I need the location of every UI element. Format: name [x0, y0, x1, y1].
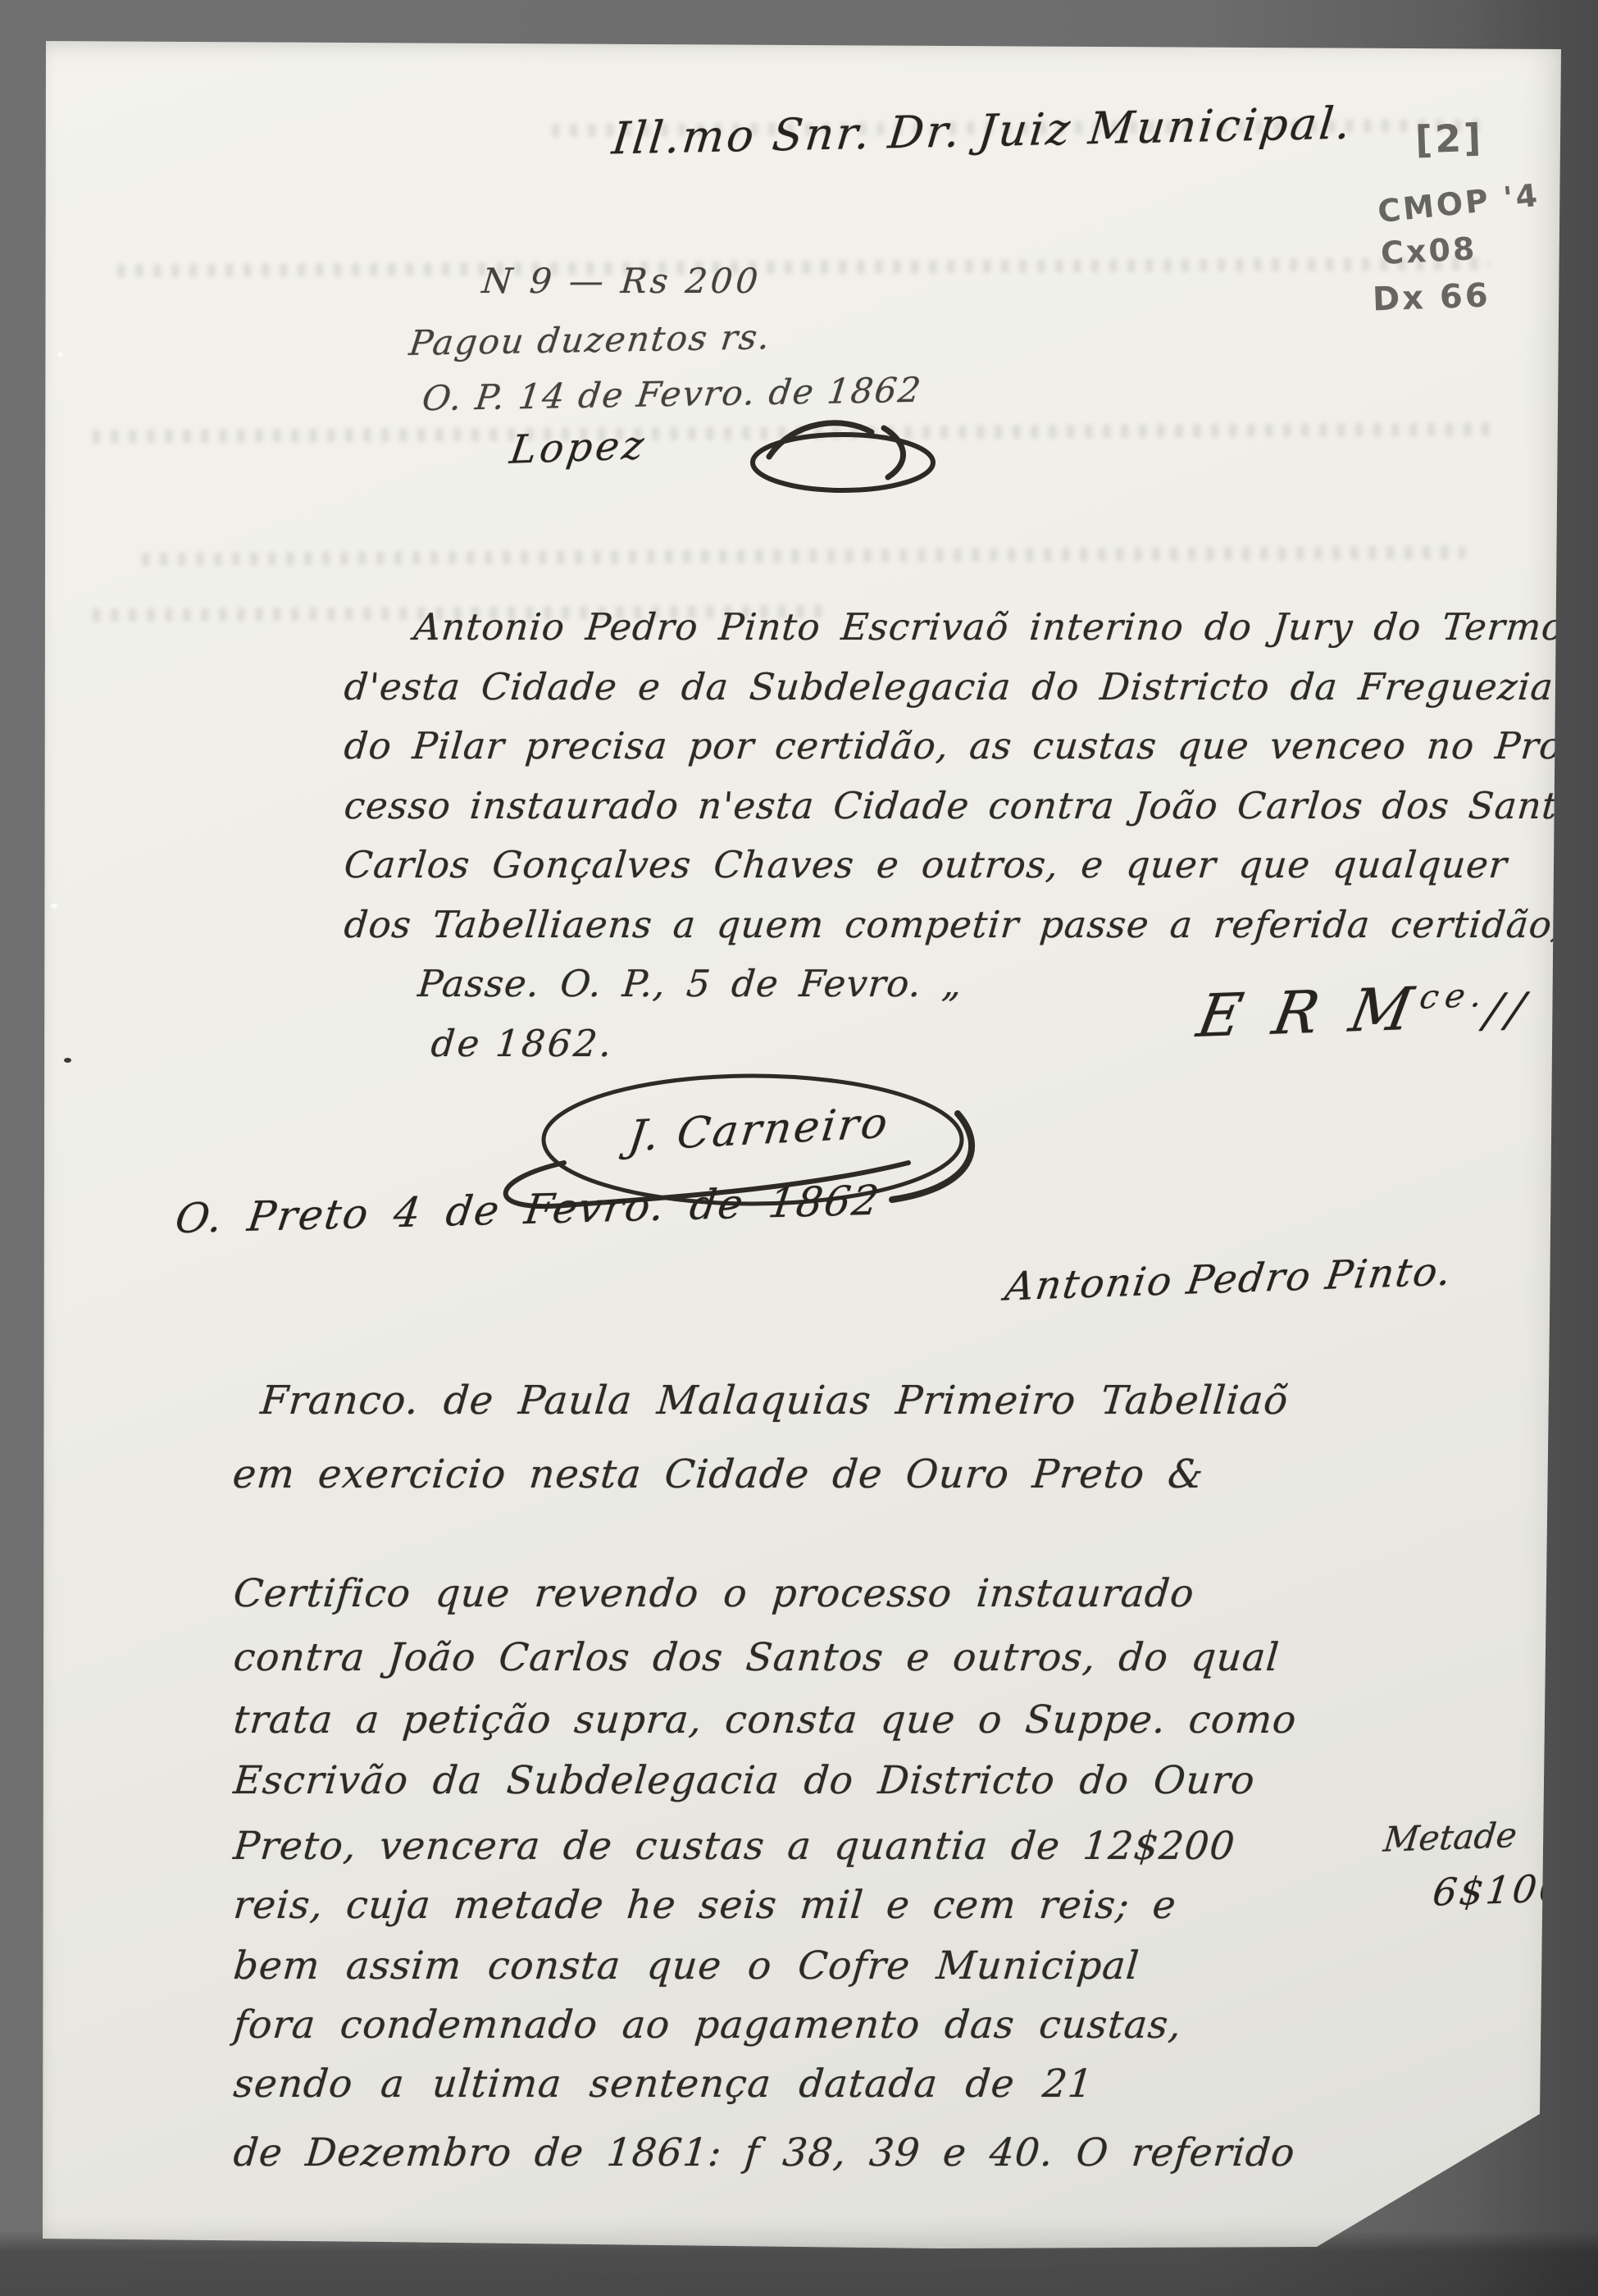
scanned-document: [2] CMOP '4 Cx08 Dx 66 Ill.mo Snr. Dr. J… — [0, 0, 1598, 2296]
pinto-signature: Antonio Pedro Pinto. — [1003, 1249, 1456, 1310]
certificate-line: reis, cuja metade he seis mil e cem reis… — [232, 1883, 1178, 1928]
certificate-line: sendo a ultima sentença datada de 21 — [232, 2061, 1095, 2107]
archival-doc-code: Dx 66 — [1372, 277, 1491, 319]
header-addressee: Ill.mo Snr. Dr. Juiz Municipal. — [610, 98, 1355, 165]
archival-page-number: [2] — [1414, 116, 1484, 162]
archival-box-code: Cx08 — [1380, 230, 1477, 271]
certificate-line: Escrivão da Subdelegacia do Districto do… — [232, 1758, 1258, 1803]
bleedthrough-smudge — [138, 546, 1466, 566]
ink-speck — [64, 1058, 71, 1063]
petition-line: de 1862. — [430, 1022, 616, 1065]
margin-note-value: 6$100 — [1431, 1865, 1568, 1915]
erm-superscript: ce. — [1417, 977, 1492, 1017]
dust-speck — [51, 904, 57, 909]
petition-line: dos Tabelliaens a quem competir passe a … — [343, 903, 1568, 946]
dust-speck — [57, 353, 63, 357]
petition-line: Passe. O. P., 5 de Fevro. „ — [417, 962, 964, 1005]
despacho-rubric-flourish — [720, 412, 941, 502]
certificate-intro-line: em exercicio nesta Cidade de Ouro Preto … — [231, 1451, 1206, 1497]
certificate-line: trata a petição supra, consta que o Supp… — [232, 1697, 1299, 1742]
certificate-line: bem assim consta que o Cofre Municipal — [232, 1943, 1141, 1988]
archival-fond-code: CMOP '4 — [1376, 177, 1541, 230]
erm-abbreviation: E R Mce.// — [1192, 970, 1537, 1050]
petition-line: do Pilar precisa por certidão, as custas… — [343, 724, 1578, 768]
petition-line: d'esta Cidade e da Subdelegacia do Distr… — [343, 665, 1555, 708]
petition-line: cesso instaurado n'esta Cidade contra Jo… — [343, 784, 1598, 827]
bleedthrough-smudge — [113, 257, 1491, 278]
certificate-line: Certifico que revendo o processo instaur… — [232, 1571, 1196, 1616]
margin-note-word: Metade — [1382, 1815, 1518, 1860]
certificate-line: Preto, vencera de custas a quantia de 12… — [232, 1824, 1237, 1869]
certificate-line: fora condemnado ao pagamento das custas, — [232, 2002, 1184, 2048]
certificate-intro-line: Franco. de Paula Malaquias Primeiro Tabe… — [259, 1378, 1291, 1424]
petition-line: Antonio Pedro Pinto Escrivaõ interino do… — [412, 605, 1567, 649]
erm-flourish: // — [1481, 983, 1535, 1038]
manuscript-page: [2] CMOP '4 Cx08 Dx 66 Ill.mo Snr. Dr. J… — [39, 41, 1566, 2248]
despacho-number-line: N 9 — Rs 200 — [480, 261, 763, 301]
certificate-line: contra João Carlos dos Santos e outros, … — [232, 1635, 1282, 1680]
certificate-line: de Dezembro de 1861: f 38, 39 e 40. O re… — [232, 2130, 1297, 2175]
despacho-clerk-signature: Lopez — [508, 422, 650, 473]
despacho-payment-line: Pagou duzentos rs. — [407, 317, 773, 363]
petition-line: Carlos Gonçalves Chaves e outros, e quer… — [343, 843, 1509, 886]
erm-main: E R M — [1192, 974, 1424, 1050]
